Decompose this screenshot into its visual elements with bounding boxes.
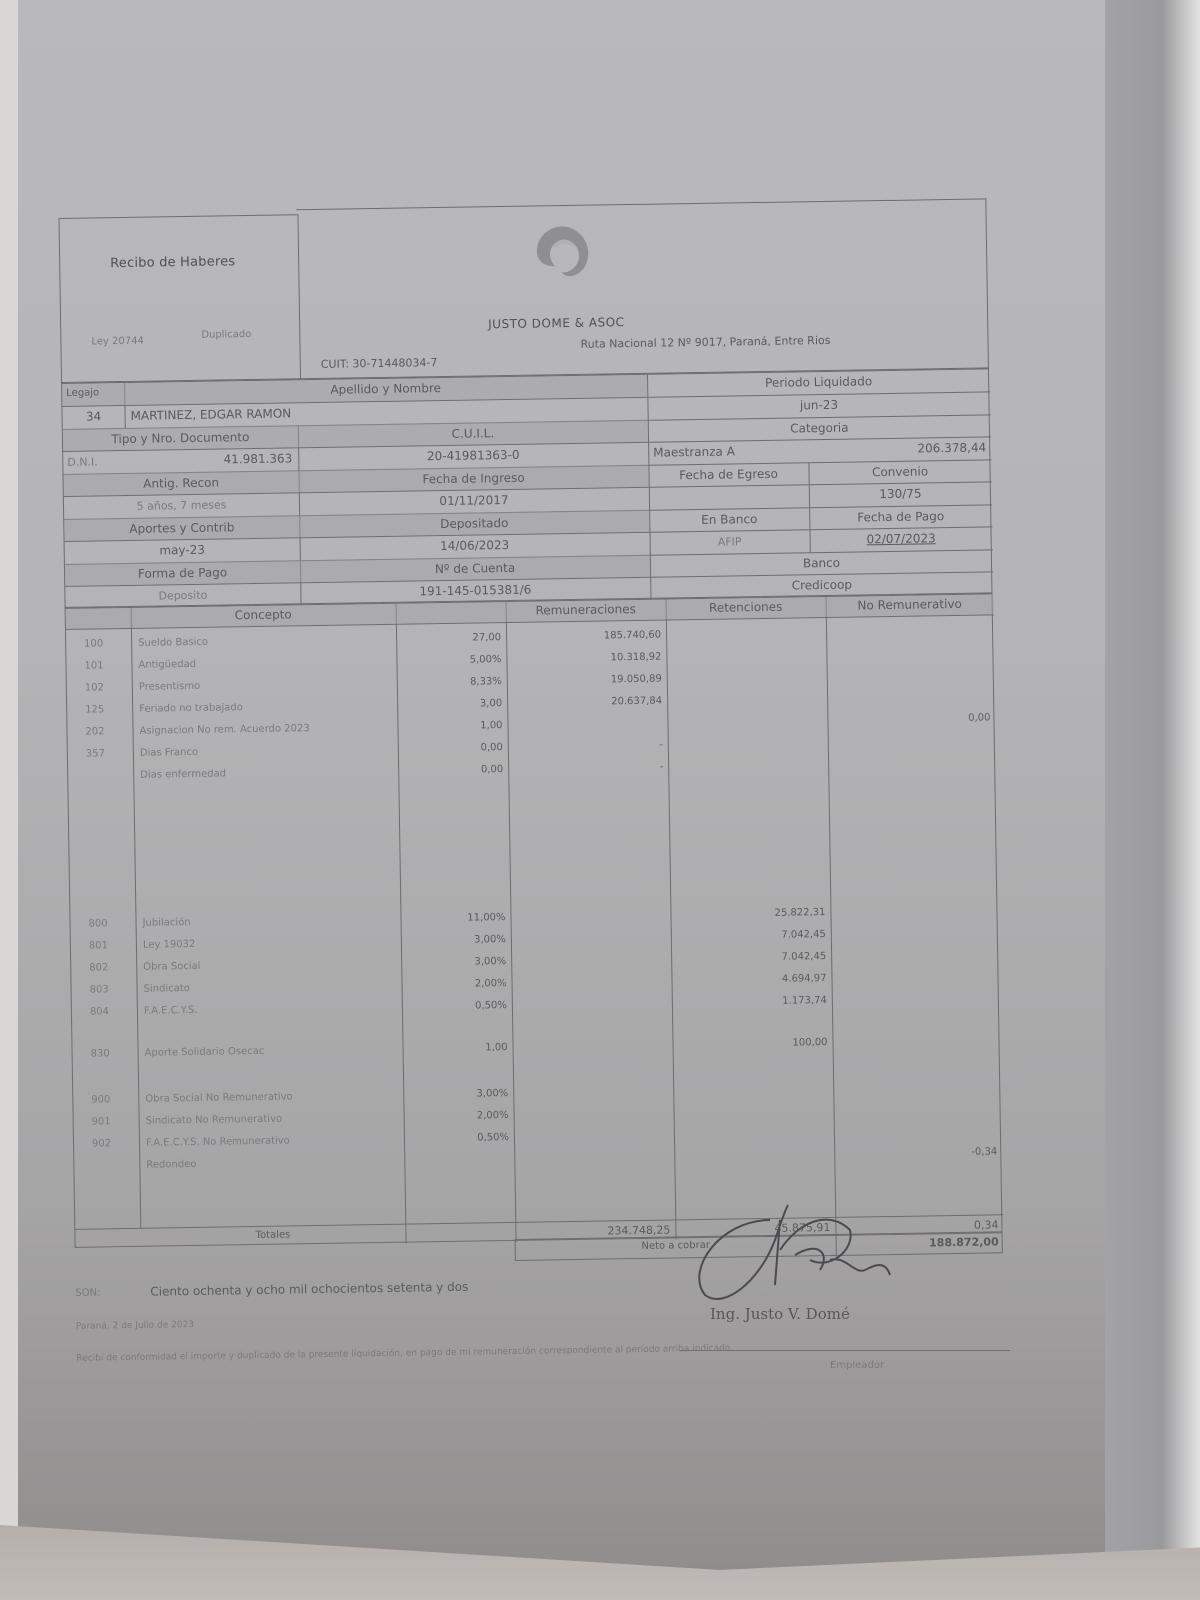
row-code: 202 <box>67 726 122 738</box>
row-no-remunerativo <box>826 646 989 649</box>
row-retencion: 100,00 <box>672 1037 827 1050</box>
row-concept: Obra Social No Remunerativo <box>145 1091 293 1104</box>
depositado-value: 14/06/2023 <box>300 536 650 555</box>
company-cuit: CUIT: 30-71448034-7 <box>321 356 438 371</box>
row-concept: Obra Social <box>143 961 200 973</box>
row-retencion: 25.822,31 <box>670 907 825 920</box>
row-quantity: 5,00% <box>396 654 501 667</box>
legajo-value: 34 <box>62 409 124 424</box>
row-quantity: 3,00% <box>401 956 506 969</box>
row-no-remunerativo <box>828 734 991 737</box>
row-quantity: 2,00% <box>401 978 506 991</box>
row-no-remunerativo: 0,00 <box>827 712 990 726</box>
son-label: SON: <box>75 1287 100 1298</box>
row-remuneracion: - <box>508 740 663 753</box>
row-quantity: 11,00% <box>400 912 505 925</box>
row-remuneracion: 10.318,92 <box>506 652 661 665</box>
row-retencion <box>668 759 823 761</box>
fecha-pago-value: 02/07/2023 <box>810 530 993 547</box>
row-remuneracion <box>511 954 666 956</box>
periodo-label: Periodo Liquidado <box>647 372 990 391</box>
row-quantity: 3,00 <box>397 698 502 711</box>
totals-label: Totales <box>140 1228 405 1243</box>
row-concept: Ley 19032 <box>143 939 196 951</box>
row-retencion: 7.042,45 <box>671 951 826 964</box>
row-code: 100 <box>66 638 121 650</box>
row-no-remunerativo <box>828 756 991 759</box>
row-concept: Aporte Solidario Osecac <box>145 1046 265 1059</box>
row-no-remunerativo <box>832 992 995 995</box>
categoria-label: Categoria <box>648 418 991 437</box>
employee-info-grid: Legajo Apellido y Nombre Periodo Liquida… <box>61 368 992 608</box>
row-no-remunerativo <box>834 1124 997 1127</box>
row-quantity <box>404 1154 509 1156</box>
antig-value: 5 años, 7 meses <box>64 497 299 514</box>
header-no-remunerativo: No Remunerativo <box>826 596 994 613</box>
cuil-value: 20-41981363-0 <box>298 446 648 465</box>
row-concept: Dias enfermedad <box>140 768 226 780</box>
row-code: 902 <box>74 1138 129 1150</box>
row-concept: F.A.E.C.Y.S. No Remunerativo <box>146 1135 290 1148</box>
row-retencion <box>674 1149 829 1151</box>
row-no-remunerativo <box>826 624 989 627</box>
row-code <box>74 1160 129 1161</box>
row-code: 900 <box>73 1094 128 1106</box>
row-code: 802 <box>71 962 126 974</box>
row-concept: Antigüedad <box>138 659 196 671</box>
row-concept: Sueldo Basico <box>138 637 208 649</box>
row-concept: Asignacion No rem. Acuerdo 2023 <box>139 723 309 737</box>
banco-label: Banco <box>650 553 993 572</box>
copy-type-label: Duplicado <box>201 329 251 341</box>
row-no-remunerativo <box>832 1034 995 1037</box>
company-header-box: JUSTO DOME & ASOC CUIT: 30-71448034-7 Ru… <box>296 198 989 379</box>
receipt-title-box: Recibo de Haberes Ley 20744 Duplicado <box>58 214 301 383</box>
row-retencion: 1.173,74 <box>672 995 827 1008</box>
row-no-remunerativo <box>833 1102 996 1105</box>
header-retenciones: Retenciones <box>666 599 826 616</box>
row-remuneracion: - <box>508 762 663 775</box>
row-concept: Feriado no trabajado <box>139 702 243 715</box>
row-retencion <box>667 671 822 673</box>
place-date: Paraná, 2 de Julio de 2023 <box>76 1320 194 1332</box>
categoria-amount: 206.378,44 <box>808 440 986 457</box>
row-quantity: 1,00 <box>402 1042 507 1055</box>
concepts-table: Concepto Remuneraciones Retenciones No R… <box>65 593 1003 1247</box>
row-concept: Sindicato No Remunerativo <box>146 1114 283 1127</box>
signature-block: Ing. Justo V. Domé Empleador <box>680 1200 910 1314</box>
employee-name: MARTINEZ, EDGAR RAMON <box>130 406 291 423</box>
header-remuneraciones: Remuneraciones <box>506 602 666 619</box>
row-remuneracion: 19.050,89 <box>507 674 662 687</box>
row-remuneracion: 185.740,60 <box>506 630 661 643</box>
swirl-logo-icon <box>527 216 598 287</box>
convenio-label: Convenio <box>808 463 991 480</box>
employer-label: Empleador <box>830 1360 884 1371</box>
legajo-label: Legajo <box>66 387 99 399</box>
row-code: 901 <box>74 1116 129 1128</box>
row-code: 357 <box>68 748 123 760</box>
row-concept: Jubilación <box>142 917 190 929</box>
row-quantity: 0,00 <box>398 742 503 755</box>
row-remuneracion <box>513 1086 668 1088</box>
row-retencion <box>668 737 823 739</box>
row-code: 803 <box>72 984 127 996</box>
row-quantity: 27,00 <box>396 632 501 645</box>
row-retencion <box>674 1127 829 1129</box>
row-code: 830 <box>73 1048 128 1060</box>
row-concept: F.A.E.C.Y.S. <box>144 1005 198 1017</box>
row-no-remunerativo <box>827 668 990 671</box>
row-retencion: 4.694,97 <box>671 973 826 986</box>
row-quantity: 8,33% <box>397 676 502 689</box>
row-retencion <box>674 1105 829 1107</box>
aportes-value: may-23 <box>65 541 300 559</box>
row-concept: Dias Franco <box>140 747 198 759</box>
row-concept: Redondeo <box>146 1159 196 1171</box>
receipt-title: Recibo de Haberes <box>110 254 235 271</box>
en-banco-value: AFIP <box>650 534 810 550</box>
cuenta-value: 191-145-015381/6 <box>300 581 650 600</box>
row-remuneracion <box>511 932 666 934</box>
periodo-value: jun-23 <box>647 395 990 414</box>
row-no-remunerativo: -0,34 <box>834 1146 997 1160</box>
categoria-value: Maestranza A <box>653 444 735 459</box>
doc-number: 41.981.363 <box>63 451 292 469</box>
ingreso-value: 01/11/2017 <box>299 491 649 510</box>
convenio-value: 130/75 <box>809 485 992 502</box>
company-name: JUSTO DOME & ASOC <box>488 315 624 331</box>
en-banco-label: En Banco <box>649 511 809 528</box>
row-retencion: 7.042,45 <box>671 929 826 942</box>
row-quantity: 3,00% <box>403 1088 508 1101</box>
row-quantity: 0,50% <box>402 1000 507 1013</box>
row-quantity: 0,00 <box>398 764 503 777</box>
row-quantity: 1,00 <box>397 720 502 733</box>
payslip-document: Recibo de Haberes Ley 20744 Duplicado JU… <box>58 173 1045 1288</box>
page-edge-shadow <box>1105 0 1200 1600</box>
row-code: 804 <box>72 1006 127 1018</box>
row-retencion <box>667 693 822 695</box>
row-remuneracion <box>510 910 665 912</box>
row-retencion <box>666 627 821 629</box>
banco-value: Credicoop <box>650 575 993 594</box>
row-retencion <box>667 715 822 717</box>
row-code <box>68 770 123 771</box>
row-code: 125 <box>67 704 122 716</box>
signer-name: Ing. Justo V. Domé <box>710 1305 850 1323</box>
company-address: Ruta Nacional 12 Nº 9017, Paraná, Entre … <box>580 334 830 351</box>
row-quantity: 0,50% <box>404 1132 509 1145</box>
row-concept: Sindicato <box>144 983 190 995</box>
row-remuneracion <box>514 1108 669 1110</box>
row-remuneracion: 20.637,84 <box>507 696 662 709</box>
row-remuneracion <box>512 998 667 1000</box>
row-no-remunerativo <box>831 970 994 973</box>
row-remuneracion <box>507 718 662 720</box>
row-no-remunerativo <box>831 948 994 951</box>
forma-pago-value: Deposito <box>65 587 300 604</box>
row-no-remunerativo <box>831 926 994 929</box>
row-remuneracion <box>511 976 666 978</box>
row-code: 101 <box>66 660 121 672</box>
row-retencion <box>666 649 821 651</box>
row-remuneracion <box>514 1130 669 1132</box>
row-quantity: 3,00% <box>401 934 506 947</box>
law-label: Ley 20744 <box>91 336 144 348</box>
row-no-remunerativo <box>830 904 993 907</box>
row-retencion <box>673 1083 828 1085</box>
row-quantity: 2,00% <box>404 1110 509 1123</box>
row-concept: Presentismo <box>139 681 201 693</box>
row-code: 801 <box>71 940 126 952</box>
row-no-remunerativo <box>827 690 990 693</box>
row-no-remunerativo <box>833 1080 996 1083</box>
row-code: 800 <box>70 918 125 930</box>
row-remuneracion <box>514 1152 669 1154</box>
row-code: 102 <box>67 682 122 694</box>
egreso-label: Fecha de Egreso <box>648 466 808 483</box>
egreso-value <box>649 488 809 491</box>
row-remuneracion <box>512 1040 667 1042</box>
handwritten-signature-icon <box>680 1200 910 1310</box>
fecha-pago-label: Fecha de Pago <box>809 508 992 525</box>
